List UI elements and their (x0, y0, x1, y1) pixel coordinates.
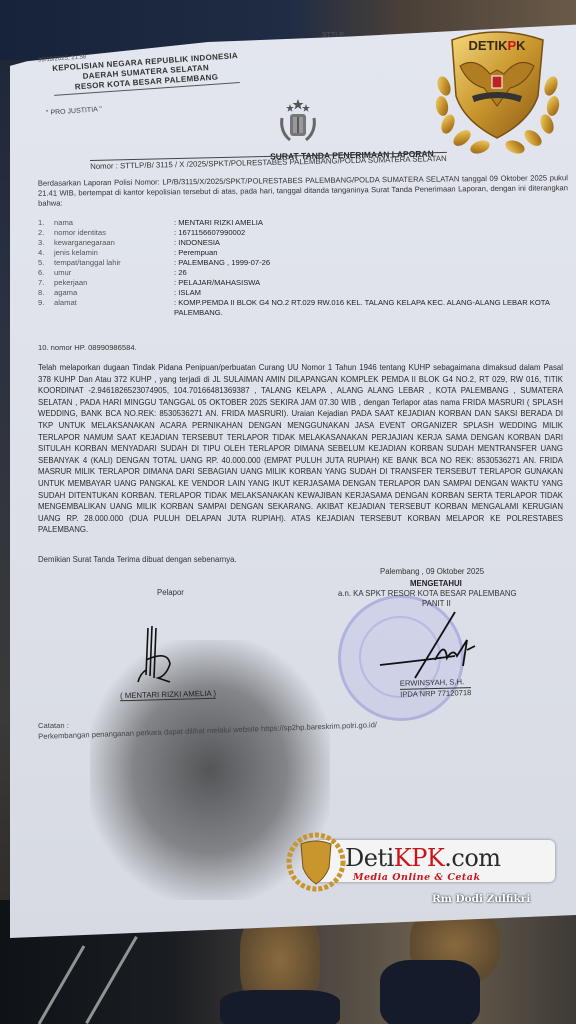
field-row: 2.nomor identitas: 1671156607990002 (38, 228, 568, 238)
field-row: 8.agama: ISLAM (38, 288, 568, 298)
reporter-identity-fields: 1.nama: MENTARI RIZKI AMELIA 2.nomor ide… (38, 218, 568, 318)
reporter-label: Pelapor (157, 588, 184, 597)
acknowledged-unit: PANIT II (422, 599, 451, 608)
field-row: 1.nama: MENTARI RIZKI AMELIA (38, 218, 568, 228)
field-row: 4.jenis kelamin: Perempuan (38, 248, 568, 258)
detikpk-shield-logo-icon: DETIKPK (430, 26, 565, 156)
field-row: 7.pekerjaan: PELAJAR/MAHASISWA (38, 278, 568, 288)
sock (380, 960, 480, 1024)
acknowledged-on-behalf: a.n. KA SPKT RESOR KOTA BESAR PALEMBANG (338, 589, 517, 598)
watermark-credit: Rm Dodi Zulfikri (432, 893, 530, 905)
sock (220, 990, 340, 1024)
field-row: 5.tempat/tanggal lahir: PALEMBANG , 1999… (38, 258, 568, 268)
logo-text: DETIKPK (468, 38, 526, 53)
form-code: STTLP (322, 32, 344, 39)
field-row: 9.alamat: KOMP.PEMDA II BLOK G4 NO.2 RT.… (38, 298, 568, 318)
note-section: Catatan : Perkembangan penanganan perkar… (38, 720, 377, 742)
acknowledged-label: MENGETAHUI (410, 579, 462, 588)
closing-statement: Demikian Surat Tanda Terima dibuat denga… (38, 555, 237, 564)
watermark-title: DetiKPK.com (345, 844, 501, 872)
reporter-signature-icon (120, 620, 190, 690)
detikpk-watermark: DetiKPK.com Media Online & Cetak (285, 832, 557, 892)
officer-signature-icon (375, 610, 485, 680)
intro-paragraph: Berdasarkan Laporan Polisi Nomor: LP/B/3… (38, 173, 568, 209)
incident-description: Telah melaporkan dugaan Tindak Pidana Pe… (38, 362, 563, 536)
field-row: 3.kewarganegaraan: INDONESIA (38, 238, 568, 248)
watermark-shield-icon (285, 832, 347, 892)
police-emblem-icon (270, 98, 326, 144)
officer-id: IPDA NRP 77120718 (400, 688, 471, 700)
phone-number: 10. nomor HP. 08990986584. (38, 343, 137, 352)
watermark-subtitle: Media Online & Cetak (353, 872, 481, 883)
officer-block: ERWINSYAH, S.H. IPDA NRP 77120718 (400, 677, 472, 700)
place-date: Palembang , 09 Oktober 2025 (380, 567, 484, 576)
field-row: 6.umur: 26 (38, 268, 568, 278)
